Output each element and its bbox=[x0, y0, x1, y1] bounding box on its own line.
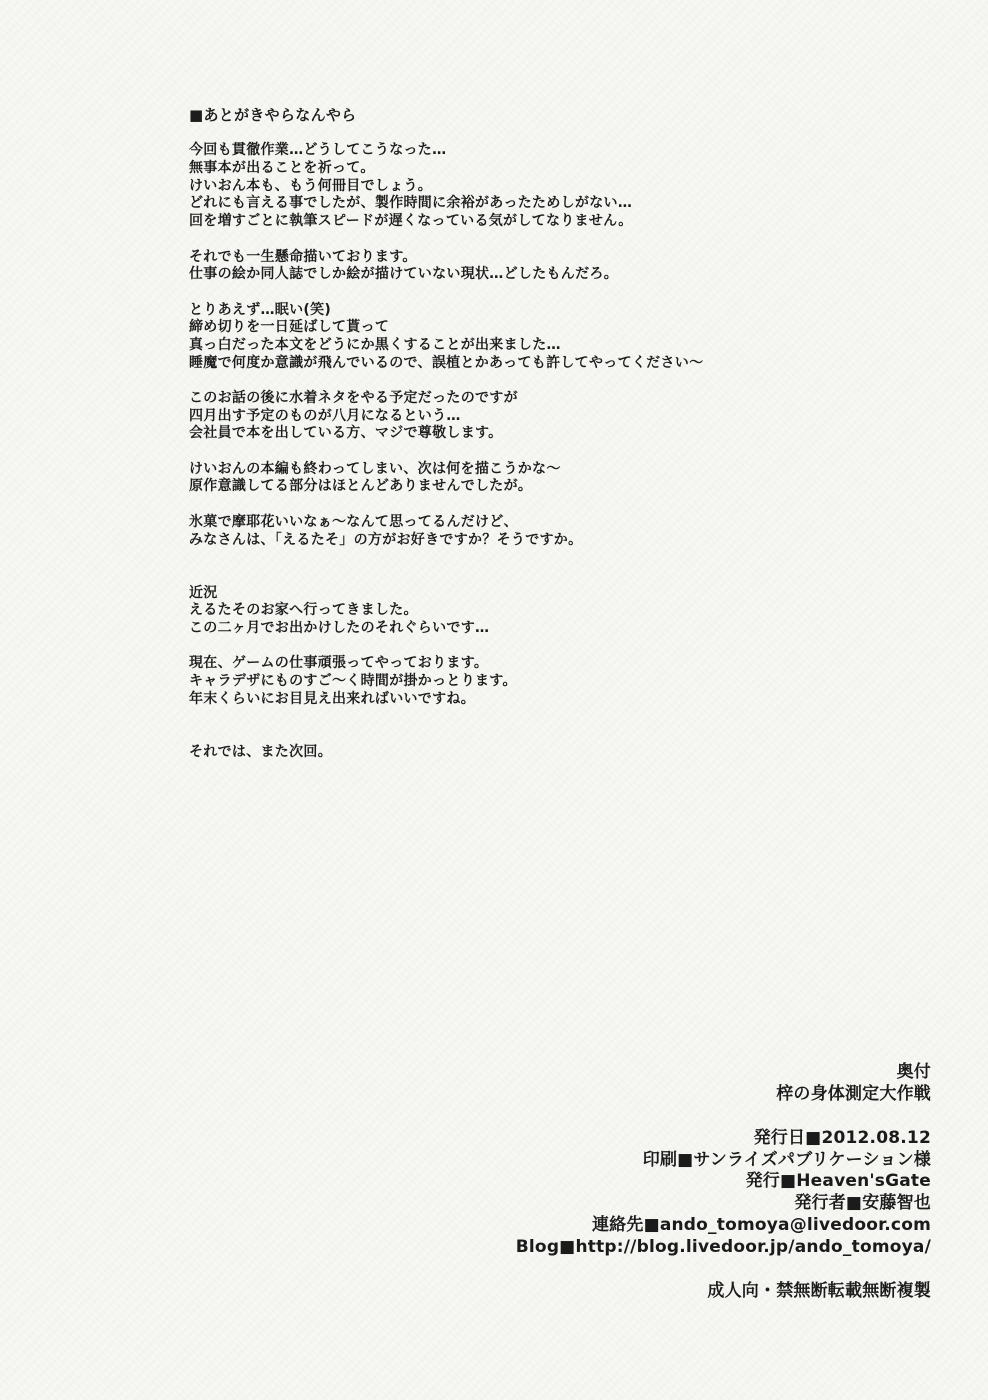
text-line: 仕事の絵か同人誌でしか絵が描けていない現状…どしたもんだろ。 bbox=[189, 266, 703, 284]
text-line: キャラデザにものすご～く時間が掛かっとります。 bbox=[189, 673, 703, 691]
text-line: 梓の身体測定大作戦 bbox=[516, 1084, 931, 1106]
text-line bbox=[189, 549, 703, 567]
text-line: 会社員で本を出している方、マジで尊敬します。 bbox=[189, 425, 703, 443]
afterword-title: ■あとがきやらなんやら bbox=[189, 107, 703, 125]
text-line bbox=[189, 443, 703, 461]
text-line bbox=[189, 638, 703, 656]
text-line: それでも一生懸命描いております。 bbox=[189, 249, 703, 267]
text-line: この二ヶ月でお出かけしたのそれぐらいです… bbox=[189, 620, 703, 638]
text-line: 原作意識してる部分はほとんどありませんでしたが。 bbox=[189, 478, 703, 496]
text-line: 睡魔で何度か意識が飛んでいるので、誤植とかあっても許してやってください～ bbox=[189, 355, 703, 373]
text-line: けいおんの本編も終わってしまい、次は何を描こうかな～ bbox=[189, 461, 703, 479]
text-line bbox=[189, 231, 703, 249]
text-line: 無事本が出ることを祈って。 bbox=[189, 160, 703, 178]
text-line bbox=[189, 284, 703, 302]
text-line: 近況 bbox=[189, 585, 703, 603]
text-line: けいおん本も、もう何冊目でしょう。 bbox=[189, 178, 703, 196]
text-line: 今回も貫徹作業…どうしてこうなった… bbox=[189, 142, 703, 160]
text-line: 印刷■サンライズパブリケーション様 bbox=[516, 1150, 931, 1172]
text-line: 四月出す予定のものが八月になるという… bbox=[189, 408, 703, 426]
text-line: 締め切りを一日延ばして貰って bbox=[189, 319, 703, 337]
colophon-section-label: 奥付 bbox=[516, 1062, 931, 1084]
text-line: みなさんは、「えるたそ」の方がお好きですか？そうですか。 bbox=[189, 532, 703, 550]
afterword-text-block: ■あとがきやらなんやら 今回も貫徹作業…どうしてこうなった…無事本が出ることを祈… bbox=[189, 107, 703, 761]
text-line: とりあえず…眠い(笑) bbox=[189, 302, 703, 320]
text-line: それでは、また次回。 bbox=[189, 744, 703, 762]
text-line: Blog■http://blog.livedoor.jp/ando_tomoya… bbox=[516, 1237, 931, 1259]
text-line bbox=[189, 372, 703, 390]
text-line: 現在、ゲームの仕事頑張ってやっております。 bbox=[189, 655, 703, 673]
text-line: 発行日■2012.08.12 bbox=[516, 1128, 931, 1150]
text-line: 発行者■安藤智也 bbox=[516, 1193, 931, 1215]
text-line: えるたそのお家へ行ってきました。 bbox=[189, 602, 703, 620]
text-line: 真っ白だった本文をどうにか黒くすることが出来ました… bbox=[189, 337, 703, 355]
text-line bbox=[189, 708, 703, 726]
text-line bbox=[189, 125, 703, 143]
text-line: このお話の後に水着ネタをやる予定だったのですが bbox=[189, 390, 703, 408]
text-line: 連絡先■ando_tomoya@livedoor.com bbox=[516, 1215, 931, 1237]
scanned-afterword-page: ■あとがきやらなんやら 今回も貫徹作業…どうしてこうなった…無事本が出ることを祈… bbox=[0, 0, 988, 1400]
text-line: 成人向・禁無断転載無断複製 bbox=[516, 1281, 931, 1303]
text-line bbox=[516, 1106, 931, 1128]
text-line bbox=[189, 496, 703, 514]
text-line: 回を増すごとに執筆スピードが遅くなっている気がしてなりません。 bbox=[189, 213, 703, 231]
text-line bbox=[516, 1259, 931, 1281]
text-line: 年末くらいにお目見え出来ればいいですね。 bbox=[189, 691, 703, 709]
text-line bbox=[189, 567, 703, 585]
text-line: 発行■Heaven'sGate bbox=[516, 1171, 931, 1193]
colophon-block: 奥付梓の身体測定大作戦 発行日■2012.08.12印刷■サンライズパブリケーシ… bbox=[516, 1062, 931, 1303]
text-line: 氷菓で摩耶花いいなぁ～なんて思ってるんだけど、 bbox=[189, 514, 703, 532]
text-line bbox=[189, 726, 703, 744]
text-line: どれにも言える事でしたが、製作時間に余裕があったためしがない… bbox=[189, 195, 703, 213]
